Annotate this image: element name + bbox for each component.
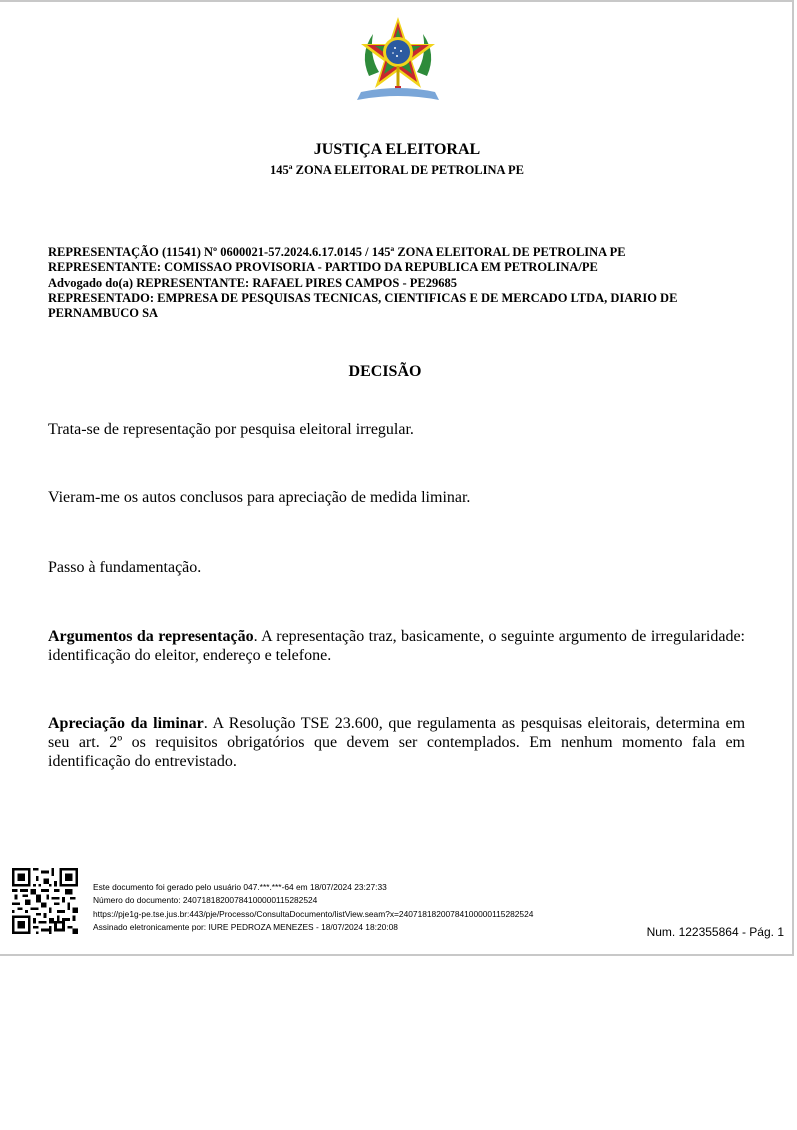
generated-by-text: Este documento foi gerado pelo usuário 0… bbox=[93, 881, 533, 894]
page-number: Num. 122355864 - Pág. 1 bbox=[647, 925, 784, 939]
defendant-line: REPRESENTADO: EMPRESA DE PESQUISAS TECNI… bbox=[48, 291, 748, 306]
brazil-coat-of-arms-icon bbox=[355, 14, 441, 104]
paragraph: Trata-se de representação por pesquisa e… bbox=[48, 420, 745, 439]
paragraph-text: Vieram-me os autos conclusos para apreci… bbox=[48, 489, 470, 506]
case-header: REPRESENTAÇÃO (11541) Nº 0600021-57.2024… bbox=[48, 245, 748, 321]
signed-by-text: Assinado eletronicamente por: IURE PEDRO… bbox=[93, 921, 533, 934]
case-number-line: REPRESENTAÇÃO (11541) Nº 0600021-57.2024… bbox=[48, 245, 748, 260]
paragraph: Passo à fundamentação. bbox=[48, 558, 745, 577]
document-page: JUSTIÇA ELEITORAL 145ª ZONA ELEITORAL DE… bbox=[0, 0, 794, 956]
paragraph-bold: Argumentos da representação bbox=[48, 628, 254, 645]
paragraph: Vieram-me os autos conclusos para apreci… bbox=[48, 488, 745, 507]
verification-url[interactable]: https://pje1g-pe.tse.jus.br:443/pje/Proc… bbox=[93, 908, 533, 921]
court-title: JUSTIÇA ELEITORAL bbox=[0, 141, 794, 159]
paragraph-injunction: Apreciação da liminar. A Resolução TSE 2… bbox=[48, 714, 745, 771]
paragraph-arguments: Argumentos da representação. A represent… bbox=[48, 627, 745, 665]
zone-title: 145ª ZONA ELEITORAL DE PETROLINA PE bbox=[0, 163, 794, 178]
decision-heading: DECISÃO bbox=[0, 363, 770, 381]
qr-code-icon[interactable] bbox=[12, 868, 78, 934]
paragraph-bold: Apreciação da liminar bbox=[48, 715, 204, 732]
signature-info: Este documento foi gerado pelo usuário 0… bbox=[93, 881, 533, 935]
document-number-text: Número do documento: 2407181820078410000… bbox=[93, 894, 533, 907]
paragraph-text: Passo à fundamentação. bbox=[48, 559, 201, 576]
plaintiff-line: REPRESENTANTE: COMISSAO PROVISORIA - PAR… bbox=[48, 260, 748, 275]
lawyer-line: Advogado do(a) REPRESENTANTE: RAFAEL PIR… bbox=[48, 276, 748, 291]
defendant-line-cont: PERNAMBUCO SA bbox=[48, 306, 748, 321]
paragraph-text: Trata-se de representação por pesquisa e… bbox=[48, 421, 414, 438]
